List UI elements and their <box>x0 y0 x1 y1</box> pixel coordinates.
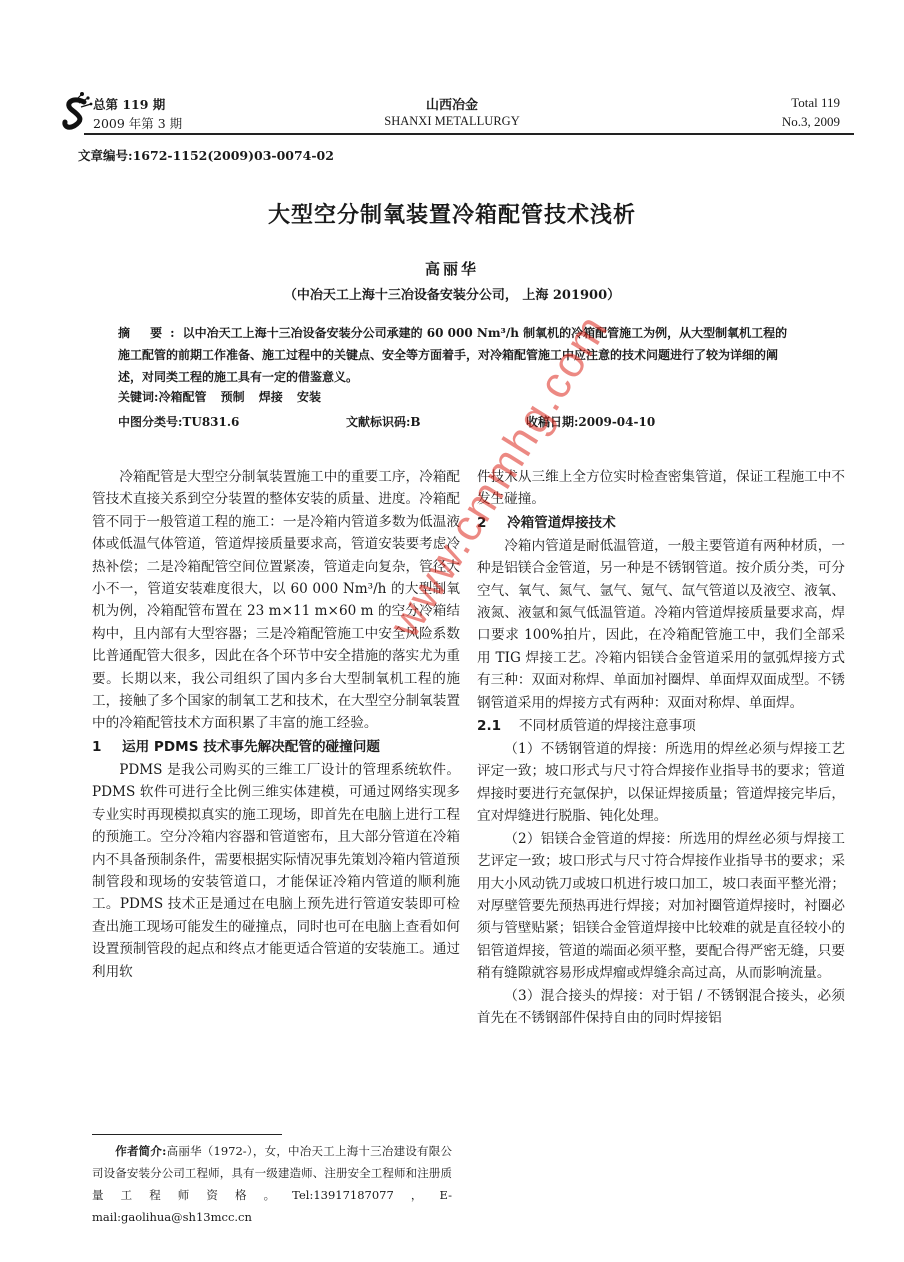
issue-total-en: Total 119 <box>791 95 840 111</box>
keywords-text: 冷箱配管 预制 焊接 安装 <box>158 390 321 404</box>
section-2-title: 冷箱管道焊接技术 <box>507 515 616 531</box>
keywords-label: 关键词: <box>118 390 158 404</box>
continuation-paragraph: 件技术从三维上全方位实时检查密集管道，保证工程施工中不发生碰撞。 <box>477 466 845 511</box>
issue-number-en: No.3, 2009 <box>782 114 840 130</box>
section-2-1-title: 不同材质管道的焊接注意事项 <box>519 718 696 734</box>
section-2-1-heading: 2.1不同材质管道的焊接注意事项 <box>477 714 845 738</box>
right-column: 件技术从三维上全方位实时检查密集管道，保证工程施工中不发生碰撞。 2冷箱管道焊接… <box>477 466 845 1029</box>
document-code: 文献标识码:B <box>346 413 421 430</box>
item-2-paragraph: （2）铝镁合金管道的焊接：所选用的焊丝必须与焊接工艺评定一致；坡口形式与尺寸符合… <box>477 828 845 985</box>
section-2-heading: 2冷箱管道焊接技术 <box>477 511 845 535</box>
section-2-1-number: 2.1 <box>477 714 519 738</box>
author-name: 高丽华 <box>0 258 904 279</box>
footnote-label: 作者简介: <box>115 1144 166 1158</box>
paper-title: 大型空分制氧装置冷箱配管技术浅析 <box>0 198 904 229</box>
section-2-body: 冷箱内管道是耐低温管道，一般主要管道有两种材质，一种是铝镁合金管道，另一种是不锈… <box>477 535 845 714</box>
journal-name-cn: 山西冶金 <box>0 94 904 113</box>
section-1-title: 运用 PDMS 技术事先解决配管的碰撞问题 <box>122 739 380 755</box>
author-footnote: 作者简介:高丽华（1972-），女，中冶天工上海十三冶建设有限公司设备安装分公司… <box>92 1140 452 1228</box>
abstract: 摘 要:以中冶天工上海十三冶设备安装分公司承建的 60 000 Nm³/h 制氧… <box>118 322 794 388</box>
journal-name-en: SHANXI METALLURGY <box>0 114 904 129</box>
section-1-body: PDMS 是我公司购买的三维工厂设计的管理系统软件。PDMS 软件可进行全比例三… <box>92 759 460 983</box>
section-1-heading: 1运用 PDMS 技术事先解决配管的碰撞问题 <box>92 735 460 759</box>
keywords: 关键词:冷箱配管 预制 焊接 安装 <box>118 388 321 405</box>
item-3-paragraph: （3）混合接头的焊接：对于铝 / 不锈钢混合接头，必须首先在不锈钢部件保持自由的… <box>477 985 845 1030</box>
clc-number: 中图分类号:TU831.6 <box>118 413 239 430</box>
abstract-text: 以中冶天工上海十三冶设备安装分公司承建的 60 000 Nm³/h 制氧机的冷箱… <box>118 326 787 384</box>
footnote-divider <box>92 1134 282 1135</box>
article-number: 文章编号:1672-1152(2009)03-0074-02 <box>78 146 334 164</box>
author-affiliation: （中冶天工上海十三冶设备安装分公司， 上海 201900） <box>0 284 904 303</box>
section-1-number: 1 <box>92 735 122 759</box>
header-divider <box>84 133 854 135</box>
abstract-label: 摘 要: <box>118 326 183 340</box>
left-column: 冷箱配管是大型空分制氧装置施工中的重要工序，冷箱配管技术直接关系到空分装置的整体… <box>92 466 460 983</box>
item-1-paragraph: （1）不锈钢管道的焊接：所选用的焊丝必须与焊接工艺评定一致；坡口形式与尺寸符合焊… <box>477 738 845 828</box>
